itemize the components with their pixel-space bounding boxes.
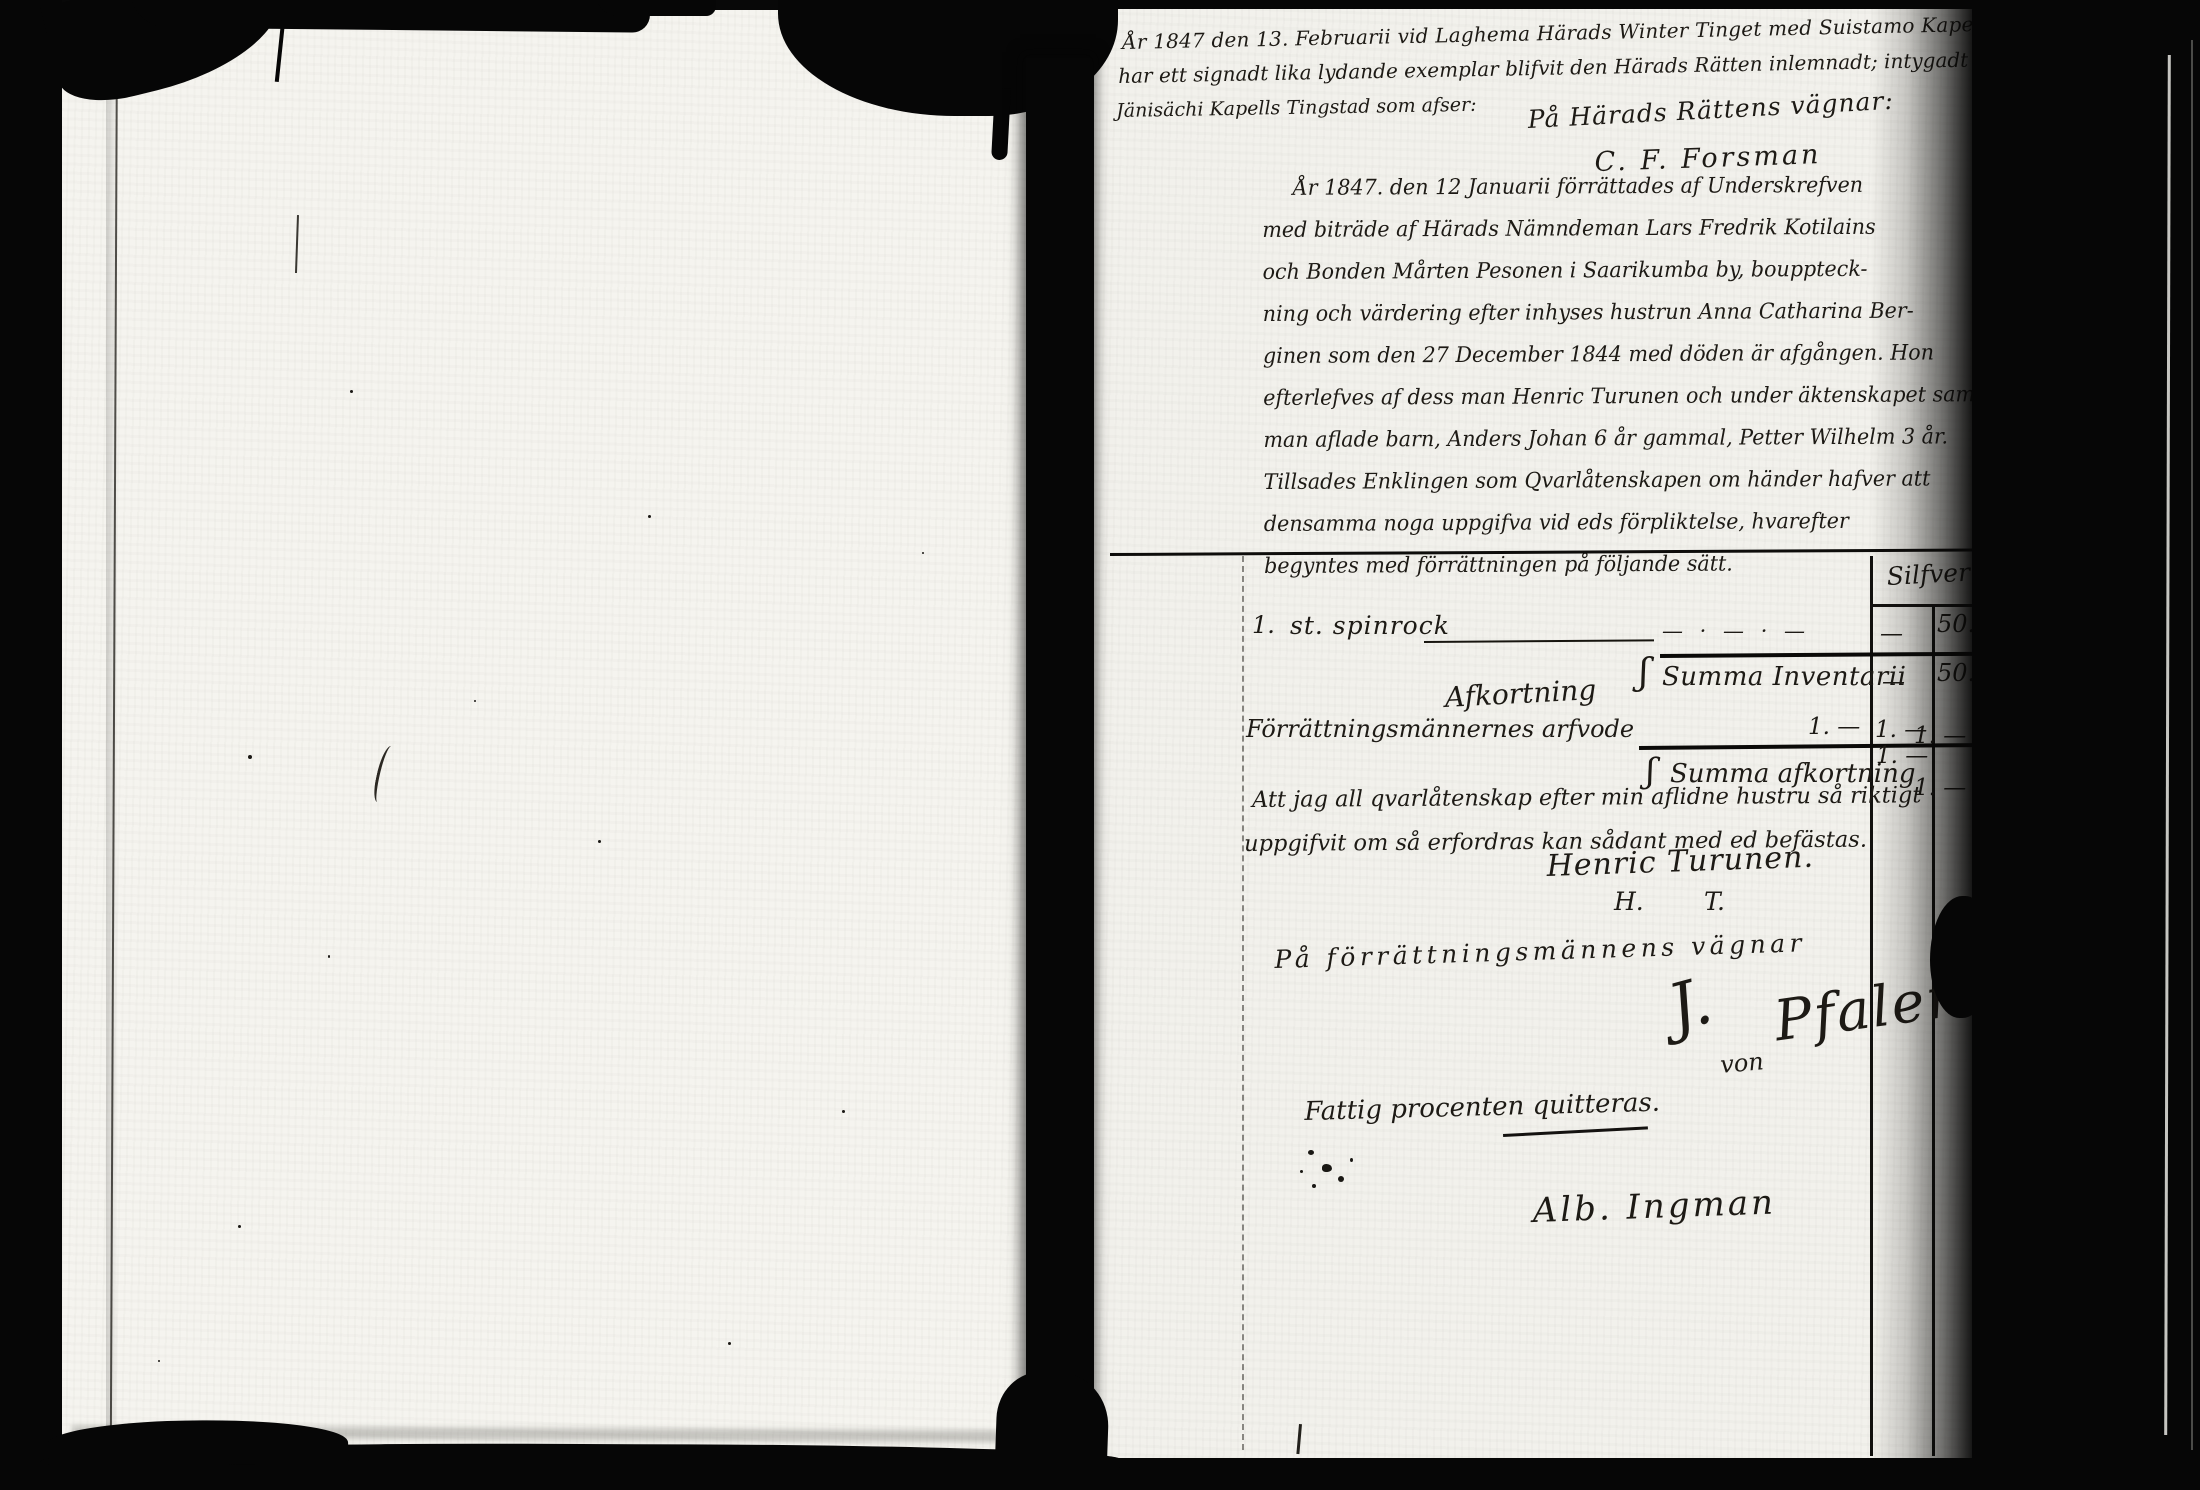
widower-signature: Henric Turunen. [1546,839,1815,886]
ink-splatter [1350,1158,1353,1162]
film-edge-faint-line [2191,40,2193,1450]
ink-speck [158,1360,160,1362]
pauper-signature: Alb. Ingman [1532,1182,1777,1233]
record-line: ning och värdering efter inhyses hustrun… [1263,290,1935,336]
endorsement-line-2: har ett signadt lika lydande exemplar bl… [1118,48,1968,89]
officiants-attribution: På förrättningsmännens vägnar [1274,927,1806,975]
ink-speck [842,1110,845,1113]
item-leader-rule [1424,639,1654,642]
left-page-blank [62,10,1028,1462]
pauper-note: Fattig procenten quitteras. [1304,1087,1660,1129]
afkortning-heading: Afkortning [1444,672,1597,715]
scan-strip-top-right [1090,0,2200,9]
item-leader-dashes: — · — · — [1662,618,1810,644]
thumb-bump-right [1930,896,1992,1018]
item-value-col2: 50. [1937,609,1975,639]
ink-speck [328,955,330,958]
right-page-document: År 1847 den 13. Februarii vid Laghema Hä… [1094,8,1975,1464]
ink-speck [922,552,924,554]
officiant-signature-initial: J. [1660,961,1720,1049]
ink-splatter [1338,1176,1344,1182]
summa-afkortning-col2: 1. — [1914,774,1966,803]
ink-speck [238,1225,241,1228]
summa-inventarii-label: Summa Inventarii [1662,661,1906,694]
ink-speck [350,390,353,393]
table-margin-dashed-line [1242,556,1244,1450]
ink-speck [728,1342,731,1345]
oath-line-1: Att jag all qvarlåtenskap efter min afli… [1252,781,1921,814]
record-line: densamma noga uppgifva vid eds förplikte… [1264,500,1936,546]
ink-splatter [1312,1184,1316,1188]
scan-band-top-left-2 [596,0,716,16]
ink-splatter [1322,1164,1332,1172]
record-line: ginen som den 27 December 1844 med döden… [1263,332,1935,378]
record-line: Tillsades Enklingen som Qvarlåtenskapen … [1264,458,1936,504]
summa-inventarii-rule [1660,652,1973,658]
crease-shadow [106,28,118,1456]
ink-splatter [1308,1150,1314,1155]
scan-margin-left [0,0,62,1490]
ink-speck [648,515,651,518]
arfvode-draft-value: 1. — [1808,713,1860,742]
widower-mark-left: H. [1614,886,1644,917]
endorsement-line-3: Jänisächi Kapells Tingstad som afser: [1116,94,1477,124]
currency-header-box-bottom [1870,604,1973,607]
record-paragraph: År 1847. den 12 Januarii förrättades af … [1262,164,1936,588]
currency-column-header: Silfver [1886,557,1971,593]
widower-mark-right: T. [1704,886,1725,917]
ink-speck [598,840,601,843]
ink-speck [248,755,252,759]
pauper-note-underline [1503,1126,1648,1136]
record-line: och Bonden Mårten Pesonen i Saarikumba b… [1262,248,1934,294]
paper-texture [62,10,1028,1462]
ink-speck [474,700,476,702]
item-value-col1: — [1880,620,1903,649]
record-line: År 1847. den 12 Januarii förrättades af … [1262,164,1934,210]
scan-band-top-left [130,0,650,33]
summa-inventarii-bracket: ʃ [1639,650,1649,695]
book-gutter-shadow [1026,58,1090,1490]
item-number: 1. [1252,610,1275,640]
court-attribution: På Härads Rättens vägnar: [1527,85,1895,135]
scanned-book-spread: År 1847 den 13. Februarii vid Laghema Hä… [0,0,2200,1490]
summa-inventarii-col1: — [1882,668,1905,697]
record-line: med biträde af Härads Nämndeman Lars Fre… [1262,206,1934,252]
stray-mark [295,215,299,273]
bottom-stray-tick [1296,1424,1302,1454]
arfvode-label: Förrättningsmännernes arfvode [1246,714,1634,744]
ink-splatter [1300,1170,1303,1173]
summa-afkortning-col1: 1. — [1876,742,1928,771]
summa-inventarii-col2: 50. [1937,658,1975,688]
item-label: st. spinrock [1290,610,1450,641]
officiant-signature-particle: von [1719,1046,1765,1080]
stray-squiggle [371,744,398,804]
record-line: man aflade barn, Anders Johan 6 år gamma… [1263,416,1935,462]
record-line: efterlefves af dess man Henric Turunen o… [1263,374,1935,420]
